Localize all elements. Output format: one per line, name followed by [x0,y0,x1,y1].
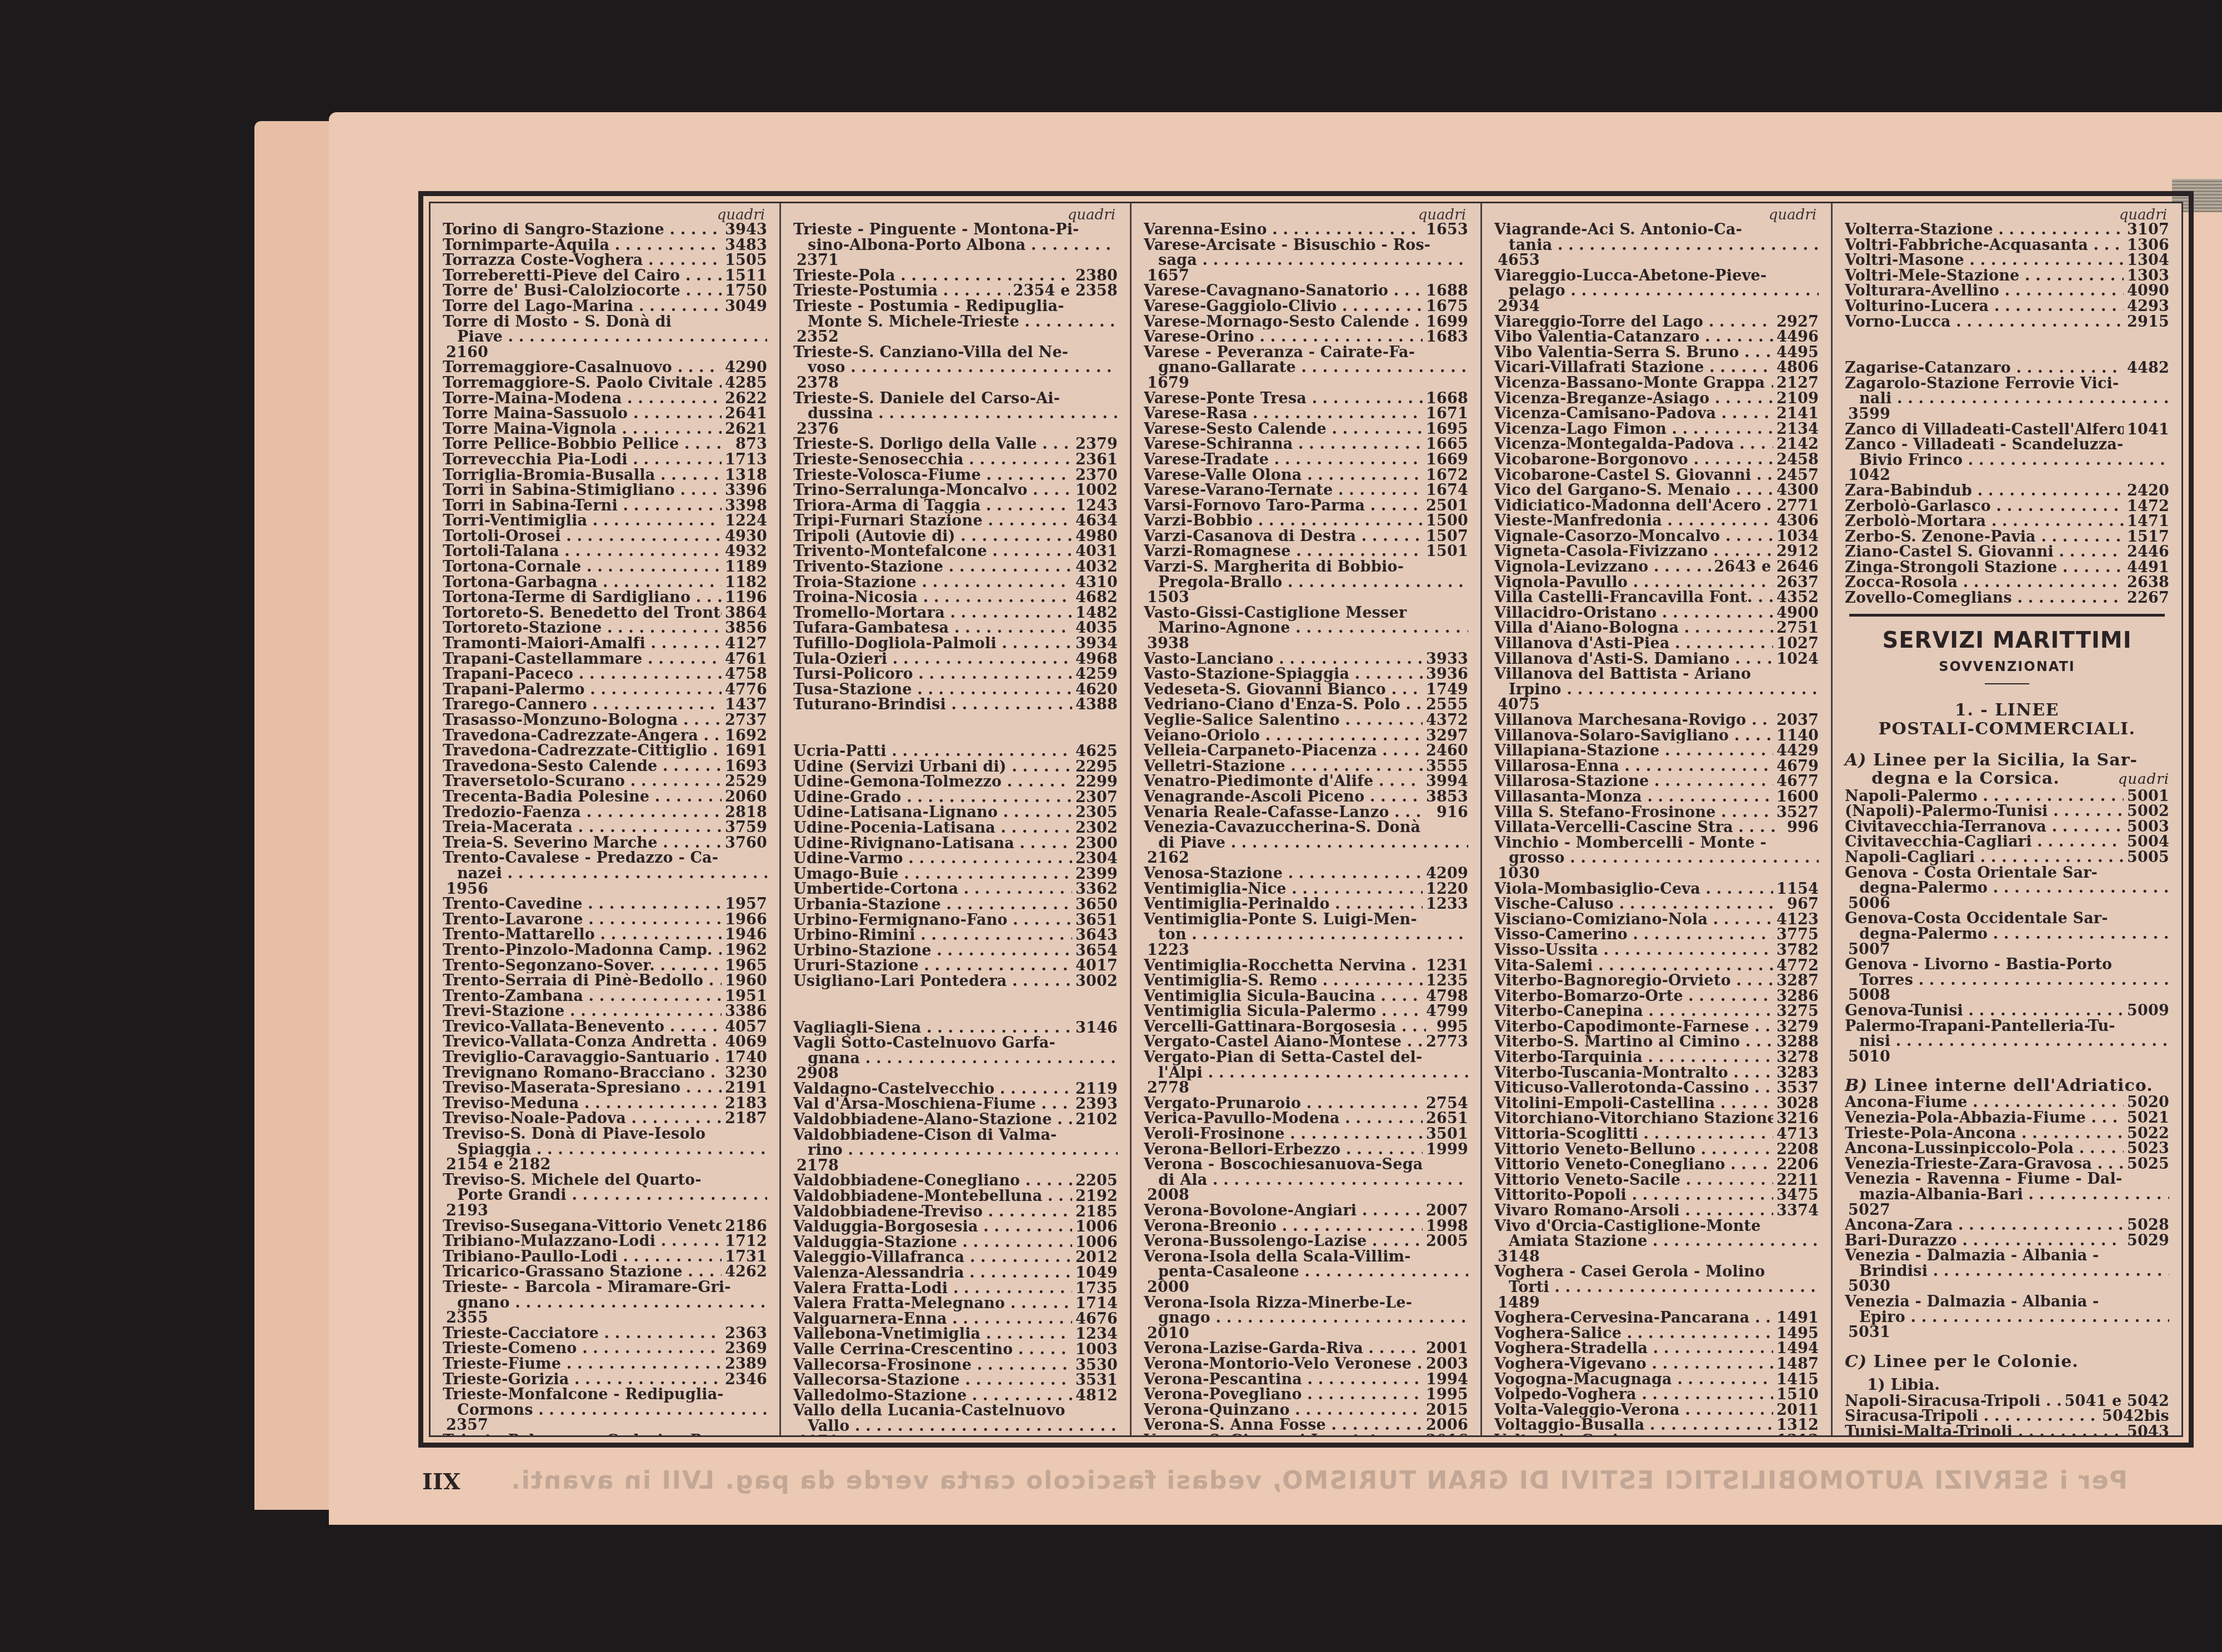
entry-name: Trento-Zambana [443,989,722,1004]
entry-name: Torres [1845,973,2169,988]
group-b-heading: B) Linee interne dell'Adriatico. [1845,1077,2169,1095]
entry-quadro-number: 4772 [1773,958,1819,974]
index-entry: Tortona-Garbagna1182 [443,575,767,590]
index-entry: Varzi-Romagnese1501 [1144,544,1468,559]
index-entry: Torremaggiore-Casalnuovo4290 [443,360,767,376]
index-entry: Vittoria-Scoglitti4713 [1494,1127,1819,1142]
entry-name: Travedona-Sesto Calende [443,759,722,774]
index-entry: Tunisi-Malta-Tripoli5043 [1845,1424,2169,1435]
index-entry: Varzi-Bobbio1500 [1144,513,1468,529]
entry-quadro-number: 1437 [722,697,767,713]
entry-quadro-number: 2357 [443,1418,488,1433]
index-entry: Trieste-S. Daniele del Carso-Ai-dussina2… [793,391,1118,437]
entry-name: Vagliagli-Siena [793,1020,1072,1036]
entry-name: Tripi-Furnari Stazione [793,513,1072,529]
entry-quadro-number: 1749 [1423,682,1468,698]
index-entry: Vittorito-Popoli3475 [1494,1188,1819,1203]
index-entry: Vittorio Veneto-Belluno2208 [1494,1142,1819,1158]
group-c-letter: C) [1845,1352,1867,1371]
entry-name: Torre-Maina-Modena [443,391,722,407]
entry-name: Vogogna-Macugnaga [1494,1372,1773,1388]
entry-name: Varese-Orino [1144,329,1423,345]
entry-quadro-number: 2420 [2124,483,2169,499]
entry-quadro-number: 1189 [722,559,767,575]
entry-name: Cormons [443,1403,767,1418]
index-entry: Verona-Bussolengo-Lazise2005 [1144,1234,1468,1249]
entry-name: Tunisi-Malta-Tripoli [1845,1424,2124,1435]
entry-quadro-number: 1505 [722,253,767,268]
entry-quadro-number: 4285 [722,376,767,391]
entry-name: Viterbo-Tarquinia [1494,1050,1773,1065]
entry-name-line1: Valdobbiadene-Cison di Valma- [793,1128,1118,1143]
entry-name: Valenza-Alessandria [793,1265,1072,1281]
entry-quadro-number: 3279 [1773,1019,1819,1035]
quadri-header: quadri [443,208,767,222]
index-entry: Trieste-Senosecchia2361 [793,452,1118,468]
entry-name: Valduggia-Borgosesia [793,1219,1072,1235]
group-c-heading: C) Linee per le Colonie. [1845,1353,2169,1371]
entry-quadro-number: 3759 [722,820,767,835]
entry-quadro-number: 1960 [722,973,767,989]
index-entry: Trieste-Palmanova-Codroipo-Por-denone236… [443,1433,767,1435]
entry-quadro-number: 2555 [1423,697,1468,713]
entry-quadro-number: 4930 [722,529,767,544]
index-entry: Ventimiglia-S. Remo1235 [1144,973,1468,989]
index-entry: Varese-Mornago-Sesto Calende1699 [1144,314,1468,330]
entry-name: Vicenza-Lago Fimon [1494,422,1773,437]
index-entry: Viterbo-Capodimonte-Farnese3279 [1494,1019,1819,1035]
index-entry: Napoli-Palermo5001 [1845,789,2169,804]
entry-quadro-number: 1312 [1773,1418,1819,1433]
entry-quadro-number: 2371 [793,253,839,268]
entry-quadro-number: 5025 [2124,1157,2169,1172]
entry-quadro-number: 2008 [1144,1188,1189,1203]
entry-quadro-number: 2295 [1072,759,1118,775]
entry-name: gnago [1144,1310,1468,1326]
index-entry: Villanova-Solaro-Savigliano1140 [1494,728,1819,744]
index-entry: Trevico-Vallata-Benevento4057 [443,1019,767,1035]
entry-quadro-number: 2193 [443,1203,488,1219]
entry-name: Trieste-Pola [793,268,1072,284]
index-entry: Visso-Ussita3782 [1494,943,1819,958]
index-entry: Villata-Vercelli-Cascine Stra996 [1494,820,1819,835]
entry-name: Ziano-Castel S. Giovanni [1845,544,2124,560]
entry-name: Villarosa-Enna [1494,759,1773,774]
index-entry: Treviglio-Caravaggio-Santuario1740 [443,1050,767,1065]
entry-name: Valduggia-Stazione [793,1235,1072,1250]
entry-name: Ancona-Zara [1845,1218,2124,1233]
entry-name: Vergato-Castel Aiano-Montese [1144,1034,1423,1050]
index-entry: Torre di Mosto - S. Donà diPiave2160 [443,314,767,361]
entry-quadro-number: 2379 [1072,437,1118,452]
index-entry: Trieste-Volosca-Fiume2370 [793,468,1118,483]
index-entry: Tortoreto-Stazione3856 [443,620,767,636]
entry-name: Verica-Pavullo-Modena [1144,1111,1423,1127]
entry-name-line1: Vivo d'Orcia-Castiglione-Monte [1494,1219,1819,1234]
entry-name: Torri in Sabina-Stimigliano [443,483,722,498]
section-title: SERVIZI MARITTIMI [1845,628,2169,653]
entry-name: Vittorio Veneto-Conegliano [1494,1157,1773,1173]
entry-name: Troina-Nicosia [793,590,1072,605]
entry-name: Torri in Sabina-Terni [443,498,722,514]
entry-quadro-number: 2346 [722,1372,767,1388]
index-entry: Torriglia-Bromia-Busalla1318 [443,468,767,483]
entry-name: Udine (Servizi Urbani di) [793,759,1072,775]
entry-name: Tula-Ozieri [793,652,1072,667]
index-entry: Viterbo-Tarquinia3278 [1494,1050,1819,1065]
entry-quadro-number: 1600 [1773,789,1819,805]
index-entry: Trieste-Postumia2354 e 2358 [793,283,1118,299]
entry-quadro-number: 2389 [722,1356,767,1372]
index-entry: Volturino-Lucera4293 [1845,299,2169,314]
index-entry: Verona-Pescantina1994 [1144,1372,1468,1388]
entry-name-line1: Trieste-S. Canziano-Villa del Ne- [793,345,1118,361]
entry-quadro-number: 4429 [1773,743,1819,759]
entry-name: Verona-S. Anna Fosse [1144,1418,1423,1433]
entry-name: Tripoli (Autovie di) [793,529,1072,544]
index-entry: Tuturano-Brindisi4388 [793,697,1118,713]
entry-quadro-number: 4031 [1072,544,1118,559]
group-a-title-1: Linee per la Sicilia, la Sar- [1873,750,2138,770]
entry-quadro-number: 1494 [1773,1341,1819,1356]
entry-quadro-number: 3537 [1773,1080,1819,1096]
entry-quadro-number: 2205 [1072,1173,1118,1189]
entry-name: Siracusa-Tripoli [1845,1409,2099,1424]
entry-quadro-number: 2457 [1773,468,1819,483]
index-entry: Trieste-S. Dorligo della Valle2379 [793,437,1118,452]
entry-name: Velleia-Carpaneto-Piacenza [1144,743,1423,759]
entry-name: Trevi-Stazione [443,1004,722,1019]
index-entry: Vignola-Pavullo2637 [1494,575,1819,590]
entry-quadro-number: 2037 [1773,713,1819,728]
entry-quadro-number: 2393 [1072,1097,1118,1112]
entry-quadro-number: 2651 [1423,1111,1468,1127]
index-entry: Vasto-Stazione-Spiaggia3936 [1144,667,1468,682]
entry-name: Valera Fratta-Melegnano [793,1296,1072,1311]
index-entry: Bari-Durazzo5029 [1845,1233,2169,1249]
index-entry: Valduggia-Borgosesia1006 [793,1219,1118,1235]
index-entry: Vittorio Veneto-Sacile2211 [1494,1173,1819,1188]
entry-quadro-number: 4758 [722,667,767,682]
entry-name: Zovello-Comeglians [1845,590,2124,606]
index-entry: Valdagno-Castelvecchio2119 [793,1082,1118,1097]
entry-name: Torino di Sangro-Stazione [443,222,722,238]
index-entry: Udine-Pocenia-Latisana2302 [793,820,1118,836]
entry-quadro-number: 1750 [722,283,767,299]
entry-quadro-number: 2211 [1773,1173,1819,1188]
entry-quadro-number: 3934 [1072,636,1118,652]
entry-quadro-number: 2000 [1144,1280,1189,1295]
index-entry: Vicenza-Bassano-Monte Grappa2127 [1494,376,1819,391]
index-entry: Vasto-Gissi-Castiglione MesserMarino-Agn… [1144,605,1468,652]
entry-name-line1: Varzi-S. Margherita di Bobbio- [1144,559,1468,575]
entry-name-line1: Ventimiglia-Ponte S. Luigi-Men- [1144,912,1468,928]
entry-name: Valdobbiadene-Treviso [793,1204,1072,1220]
entry-name: Valle Cerrina-Crescentino [793,1342,1072,1358]
entry-quadro-number: 4017 [1072,958,1118,974]
entry-name: Vercelli-Gattinara-Borgosesia [1144,1019,1426,1035]
entry-quadro-number: 4123 [1773,912,1819,928]
entry-quadro-number: 1231 [1423,958,1468,974]
entry-quadro-number: 5021 [2124,1110,2169,1126]
entry-name: nisi [1845,1034,2169,1049]
entry-name: Voghera-Salice [1494,1326,1773,1341]
index-entry: Trivento-Stazione4032 [793,559,1118,575]
entry-quadro-number: 3283 [1773,1065,1819,1081]
entry-name: Varese-Cavagnano-Sanatorio [1144,283,1423,299]
entry-quadro-number: 3287 [1773,973,1819,989]
index-entry: Villapiana-Stazione4429 [1494,743,1819,759]
entry-quadro-number: 3856 [722,620,767,636]
entry-name: pelago [1494,283,1819,299]
index-entry: Valguarnera-Enna4676 [793,1311,1118,1327]
index-entry: Treia-Macerata3759 [443,820,767,835]
entry-quadro-number: 4625 [1072,744,1118,759]
entry-quadro-number: 2134 [1773,422,1819,437]
index-entry: Umago-Buie2399 [793,867,1118,882]
section-subtitle: SOVVENZIONATI [1845,659,2169,674]
entry-name: Varese-Mornago-Sesto Calende [1144,314,1423,330]
index-entry: Trieste-Comeno2369 [443,1341,767,1356]
index-entry: Trieste-Pola2380 [793,268,1118,284]
index-entry: Udine (Servizi Urbani di)2295 [793,759,1118,775]
index-entry: Visso-Camerino3775 [1494,927,1819,943]
entry-name: Ventimiglia-Rocchetta Nervina [1144,958,1423,974]
entry-name: Tuturano-Brindisi [793,697,1072,713]
index-entry: Voltri-Fabbriche-Acquasanta1306 [1845,238,2169,253]
index-entry: Trarego-Cannero1437 [443,697,767,713]
entry-quadro-number: 1965 [722,958,767,974]
index-entry: Valle Cerrina-Crescentino1003 [793,1342,1118,1358]
index-entry: Vedeseta-S. Giovanni Bianco1749 [1144,682,1468,698]
entry-quadro-number: 5001 [2124,789,2169,804]
entry-name: Ventimiglia-Perinaldo [1144,897,1423,912]
entry-name: Irpino [1494,682,1819,698]
entry-name-line1: Voghera - Casei Gerola - Molino [1494,1264,1819,1280]
index-entry: Tortoli-Orosei4930 [443,529,767,544]
entry-name: Trivento-Stazione [793,559,1072,575]
index-entry: Voghera-Vigevano1487 [1494,1356,1819,1372]
entry-name: Ventimiglia Sicula-Palermo [1144,1004,1423,1019]
entry-quadro-number: 3936 [1423,667,1468,682]
entry-name: Villanova d'Asti-Piea [1494,636,1773,652]
entry-quadro-number: 2352 [793,329,839,345]
entry-name: Tortoli-Talana [443,544,722,559]
entry-name: Torrevecchia Pia-Lodi [443,452,722,468]
group-c-list: Napoli-Siracusa-Tripoli5041 e 5042Siracu… [1845,1394,2169,1435]
entry-name-line1: Trieste-S. Daniele del Carso-Ai- [793,391,1118,407]
index-entry: Ururi-Stazione4017 [793,958,1118,974]
index-entry: Valdobbiadene-Alano-Stazione2102 [793,1112,1118,1128]
entry-quadro-number: 2003 [1423,1356,1468,1372]
index-entry: Vasto-Lanciano3933 [1144,652,1468,667]
index-entry: Val d'Arsa-Moschiena-Fiume2393 [793,1097,1118,1112]
entry-name: (Napoli)-Palermo-Tunisi [1845,804,2124,819]
index-column-2: quadriTrieste - Pinguente - Montona-Pi-s… [779,203,1130,1435]
index-entry: Voghera-Salice1495 [1494,1326,1819,1341]
index-entry: Zagarolo-Stazione Ferrovie Vici-nali3599 [1845,376,2169,422]
index-entry: Ventimiglia Sicula-Palermo4799 [1144,1004,1468,1019]
entry-name: Viticuso-Vallerotonda-Cassino [1494,1080,1773,1096]
index-entry: Verona - Boscochiesanuova-Segadi Ala2008 [1144,1157,1468,1203]
entry-name-line1: Vagli Sotto-Castelnuovo Garfa- [793,1035,1118,1051]
entry-name: Vorno-Lucca [1845,314,2124,330]
entry-name-line1: Trieste-Palmanova-Codroipo-Por- [443,1433,767,1435]
entry-quadro-number: 5004 [2124,834,2169,850]
index-entry: Volturara-Avellino4090 [1845,283,2169,299]
index-entry: Tripoli (Autovie di)4980 [793,529,1118,544]
entry-quadro-number: 3286 [1773,989,1819,1004]
index-entry: Urbino-Stazione3654 [793,943,1118,959]
entry-quadro-number: 1671 [1423,406,1468,422]
index-entry: Napoli-Cagliari5005 [1845,850,2169,865]
entry-name: Vico del Gargano-S. Menaio [1494,483,1773,498]
entry-name: nali [1845,391,2169,407]
entry-name: Tufara-Gambatesa [793,620,1072,636]
index-entry: Trapani-Paceco4758 [443,667,767,682]
index-entry: Viterbo-Canepina3275 [1494,1004,1819,1019]
entry-name-line1: Venezia - Dalmazia - Albania - [1845,1248,2169,1264]
entry-name: Vicobarone-Borgonovo [1494,452,1773,468]
entry-name: Varese-Rasa [1144,406,1423,422]
index-entry: Voltri-Masone1304 [1845,253,2169,268]
entry-name: Triora-Arma di Taggia [793,498,1072,514]
entry-quadro-number: 3943 [722,222,767,238]
index-entry: Ancona-Fiume5020 [1845,1095,2169,1110]
index-entry: Vivaro Romano-Arsoli3374 [1494,1203,1819,1219]
entry-quadro-number: 1318 [722,468,767,483]
entry-name: Vicari-Villafrati Stazione [1494,360,1773,376]
entry-name: Ancona-Fiume [1845,1095,2124,1110]
entry-quadro-number: 2015 [1423,1403,1468,1418]
index-entry: Trapani-Palermo4776 [443,682,767,698]
entry-quadro-number: 1692 [722,728,767,744]
entry-name: Verona-S. Giovanni Lupatoto [1144,1433,1423,1435]
index-entry: Villarosa-Enna4679 [1494,759,1819,774]
index-list-volterra-zovello: Volterra-Stazione3107Voltri-Fabbriche-Ac… [1845,222,2169,606]
entry-name: Tortona-Cornale [443,559,722,575]
part-title-line2: POSTALI-COMMERCIALI. [1845,720,2169,739]
entry-name: Verona-Povegliano [1144,1387,1423,1403]
entry-quadro-number: 1675 [1423,299,1468,314]
index-entry: Verona-Quinzano2015 [1144,1403,1468,1418]
index-entry: Valdobbiadene-Montebelluna2192 [793,1189,1118,1204]
index-columns: quadriTorino di Sangro-Stazione3943Torni… [429,202,2183,1437]
entry-name-line1: Vergato-Pian di Setta-Castel del- [1144,1050,1468,1065]
entry-name: Tredozio-Faenza [443,805,722,820]
entry-quadro-number: 1517 [2124,529,2169,545]
index-entry: Valdobbiadene-Conegliano2205 [793,1173,1118,1189]
entry-name: Veglie-Salice Salentino [1144,713,1423,728]
entry-name: Torre Pellice-Bobbio Pellice [443,437,725,452]
entry-name: Volpedo-Voghera [1494,1387,1773,1403]
index-entry: Vicobarone-Castel S. Giovanni2457 [1494,468,1819,483]
index-entry: Treviso-S. Michele del Quarto-Porte Gran… [443,1173,767,1219]
entry-quadro-number: 2011 [1773,1403,1819,1418]
entry-name: Urbino-Fermignano-Fano [793,913,1072,928]
entry-name: Verona-Bellori-Erbezzo [1144,1142,1423,1158]
index-entry: Valdobbiadene-Treviso2185 [793,1204,1118,1220]
entry-quadro-number: 4262 [722,1264,767,1280]
entry-name: Vallo [793,1419,1118,1434]
entry-quadro-number: 2154 e 2182 [443,1157,551,1173]
entry-name: Vallebona-Vnetimiglia [793,1326,1072,1342]
entry-quadro-number: 2927 [1773,314,1819,330]
entry-name-line1: Trieste - Postumia - Redipuglia- [793,299,1118,314]
index-entry: Vagli Sotto-Castelnuovo Garfa-gnana2908 [793,1035,1118,1082]
entry-name: Genova-Tunisi [1845,1003,2124,1019]
entry-name: Trevico-Vallata-Benevento [443,1019,722,1035]
entry-name: Ancona-Lussinpiccolo-Pola [1845,1141,2124,1157]
index-entry: Vorno-Lucca2915 [1845,314,2169,330]
entry-name: Torre de' Busi-Calolziocorte [443,283,722,299]
entry-name: Vedeseta-S. Giovanni Bianco [1144,682,1423,698]
index-entry: Vivo d'Orcia-Castiglione-MonteAmiata Sta… [1494,1219,1819,1265]
entry-quadro-number: 1042 [1845,468,1890,483]
entry-quadro-number: 5031 [1845,1325,1890,1340]
index-entry: Umbertide-Cortona3362 [793,882,1118,897]
entry-quadro-number: 4776 [722,682,767,698]
entry-name: gnano-Gallarate [1144,360,1468,376]
entry-name: Ventimiglia-S. Remo [1144,973,1423,989]
index-entry: Treia-S. Severino Marche3760 [443,835,767,851]
index-entry: Vagliagli-Siena3146 [793,1020,1118,1036]
index-entry: Trieste- - Barcola - Miramare-Gri-gnano2… [443,1280,767,1326]
entry-name: Vidiciatico-Madonna dell'Acero [1494,498,1773,514]
entry-name: Voltri-Masone [1845,253,2124,268]
index-entry: Vallecorsa-Stazione3531 [793,1373,1118,1388]
index-entry: Vicenza-Lago Fimon2134 [1494,422,1819,437]
entry-name: Valeggio-Villafranca [793,1250,1072,1265]
entry-name: Villasanta-Monza [1494,789,1773,805]
entry-name: Volterra-Stazione [1845,222,2124,238]
entry-name: Villacidro-Oristano [1494,605,1773,621]
entry-name: Ucria-Patti [793,744,1072,759]
entry-quadro-number: 3650 [1072,897,1118,913]
index-entry: Voghera - Casei Gerola - MolinoTorti1489 [1494,1264,1819,1310]
entry-quadro-number: 3275 [1773,1004,1819,1019]
entry-name: l'Alpi [1144,1065,1468,1081]
entry-name-line1: Zagarolo-Stazione Ferrovie Vici- [1845,376,2169,392]
entry-name: Udine-Rivignano-Latisana [793,836,1072,852]
index-entry: Valledolmo-Stazione4812 [793,1388,1118,1404]
entry-quadro-number: 2773 [1423,1034,1468,1050]
entry-quadro-number: 4069 [722,1034,767,1050]
entry-quadro-number: 4677 [1773,774,1819,789]
entry-quadro-number: 2934 [1494,299,1540,314]
index-entry: Trasasso-Monzuno-Bologna2737 [443,713,767,728]
entry-quadro-number: 1491 [1773,1310,1819,1326]
entry-name: Varzi-Casanova di Destra [1144,529,1423,544]
entry-name: Villarosa-Stazione [1494,774,1773,789]
entry-name: Villapiana-Stazione [1494,743,1773,759]
entry-name: Tortoreto-S. Benedetto del Tronto [443,605,722,621]
entry-quadro-number: 2380 [1072,268,1118,284]
entry-quadro-number: 1027 [1773,636,1819,652]
entry-name: Zerbo-S. Zenone-Pavia [1845,529,2124,545]
index-entry: Napoli-Siracusa-Tripoli5041 e 5042 [1845,1394,2169,1409]
entry-name: Trieste-Gorizia [443,1372,722,1388]
entry-quadro-number: 1946 [722,927,767,943]
entry-quadro-number: 2192 [1072,1189,1118,1204]
group-b-letter: B) [1845,1076,1868,1095]
index-entry: Trento-Mattarello1946 [443,927,767,943]
entry-name: Voltaggio-Gavi [1494,1433,1773,1435]
index-entry: Tortona-Terme di Sardigliano1196 [443,590,767,605]
index-entry: Veiano-Oriolo3297 [1144,728,1468,744]
entry-name: Valera Fratta-Lodi [793,1281,1072,1296]
entry-name: Viareggio-Torre del Lago [1494,314,1773,330]
